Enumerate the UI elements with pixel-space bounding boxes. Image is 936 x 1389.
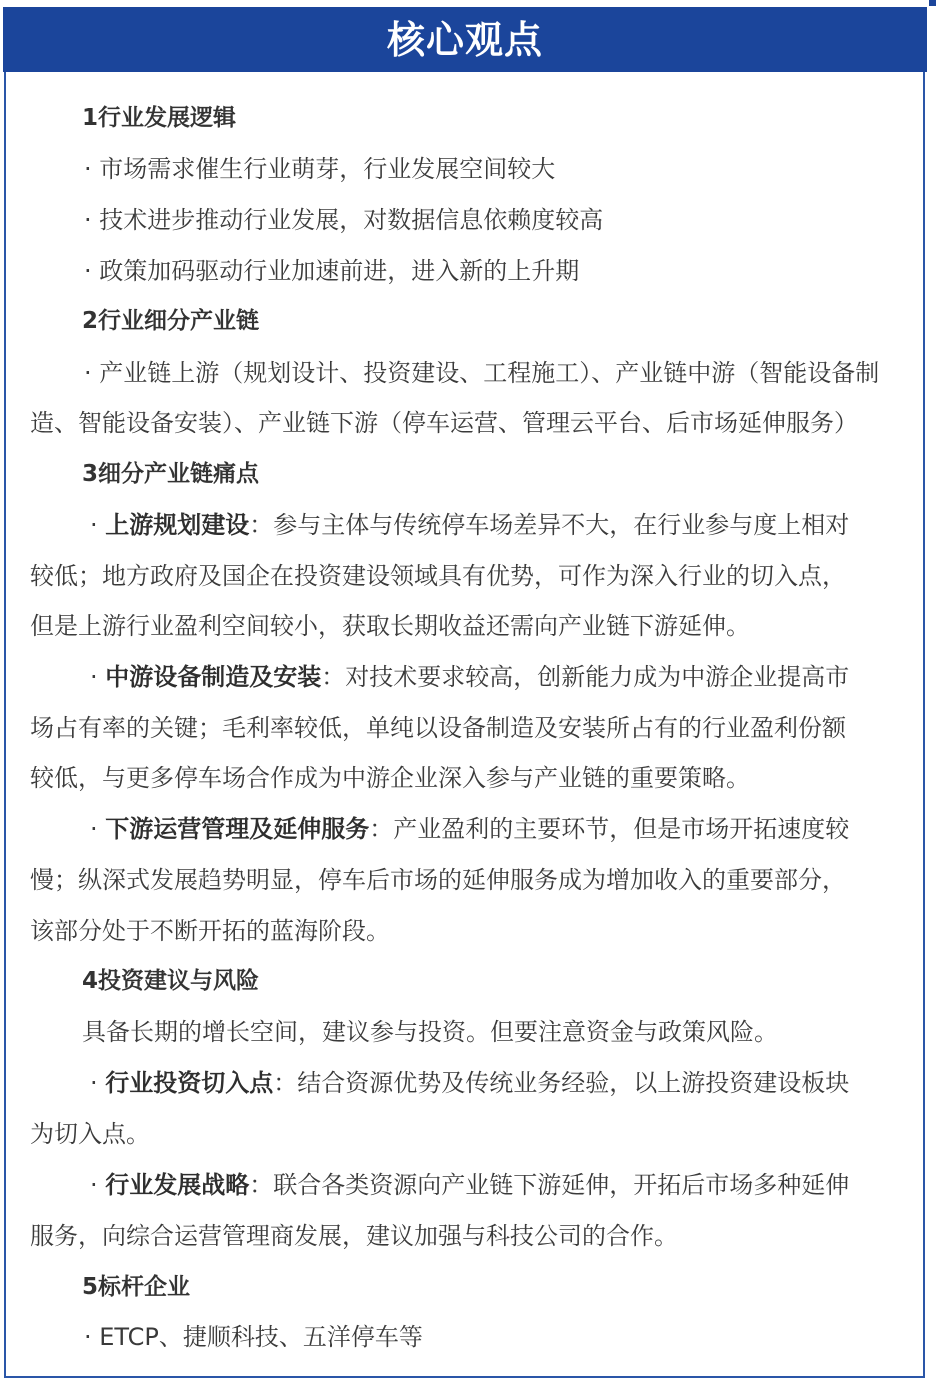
bullet-item: · 技术进步推动行业发展，对数据信息依赖度较高 (84, 205, 603, 235)
section-heading-4: 4投资建议与风险 (82, 966, 259, 996)
paragraph-line: · 产业链上游（规划设计、投资建设、工程施工）、产业链中游（智能设备制 (84, 358, 879, 388)
paragraph-line: 较低，与更多停车场合作成为中游企业深入参与产业链的重要策略。 (30, 763, 750, 793)
investment-entry-point: · 行业投资切入点：结合资源优势及传统业务经验，以上游投资建设板块 (90, 1068, 849, 1098)
header-bar: 核心观点 (3, 7, 927, 72)
development-strategy: · 行业发展战略：联合各类资源向产业链下游延伸，开拓后市场多种延伸 (90, 1170, 849, 1200)
paragraph-line: 具备长期的增长空间，建议参与投资。但要注意资金与政策风险。 (82, 1017, 778, 1047)
section-heading-1: 1行业发展逻辑 (82, 103, 236, 133)
paragraph-line: 造、智能设备安装）、产业链下游（停车运营、管理云平台、后市场延伸服务） (30, 408, 858, 438)
bullet-item: · 政策加码驱动行业加速前进，进入新的上升期 (84, 256, 579, 286)
paragraph-line: 较低；地方政府及国企在投资建设领域具有优势，可作为深入行业的切入点， (30, 561, 846, 591)
item-label: 上游规划建设 (105, 511, 249, 539)
pain-point-midstream: · 中游设备制造及安装：对技术要求较高，创新能力成为中游企业提高市 (90, 662, 849, 692)
item-label: 行业投资切入点 (105, 1069, 273, 1097)
paragraph-line: 场占有率的关键；毛利率较低，单纯以设备制造及安装所占有的行业盈利份额 (30, 713, 846, 743)
pain-point-downstream: · 下游运营管理及延伸服务：产业盈利的主要环节，但是市场开拓速度较 (90, 814, 849, 844)
paragraph-line: 为切入点。 (30, 1119, 150, 1149)
item-label: 行业发展战略 (105, 1171, 249, 1199)
paragraph-line: 该部分处于不断开拓的蓝海阶段。 (30, 916, 390, 946)
section-heading-5: 5标杆企业 (82, 1272, 190, 1302)
bullet-item: · 市场需求催生行业萌芽，行业发展空间较大 (84, 154, 555, 184)
item-label: 中游设备制造及安装 (105, 663, 321, 691)
paragraph-line: 服务，向综合运营管理商发展，建议加强与科技公司的合作。 (30, 1221, 678, 1251)
section-heading-2: 2行业细分产业链 (82, 306, 259, 336)
pain-point-upstream: · 上游规划建设：参与主体与传统停车场差异不大，在行业参与度上相对 (90, 510, 849, 540)
paragraph-line: 慢；纵深式发展趋势明显，停车后市场的延伸服务成为增加收入的重要部分， (30, 865, 846, 895)
paragraph-line: 但是上游行业盈利空间较小，获取长期收益还需向产业链下游延伸。 (30, 611, 750, 641)
bullet-item: · ETCP、捷顺科技、五洋停车等 (84, 1322, 423, 1352)
page-title: 核心观点 (387, 21, 543, 59)
corner-decoration (929, 0, 936, 6)
item-label: 下游运营管理及延伸服务 (105, 815, 369, 843)
section-heading-3: 3细分产业链痛点 (82, 459, 259, 489)
